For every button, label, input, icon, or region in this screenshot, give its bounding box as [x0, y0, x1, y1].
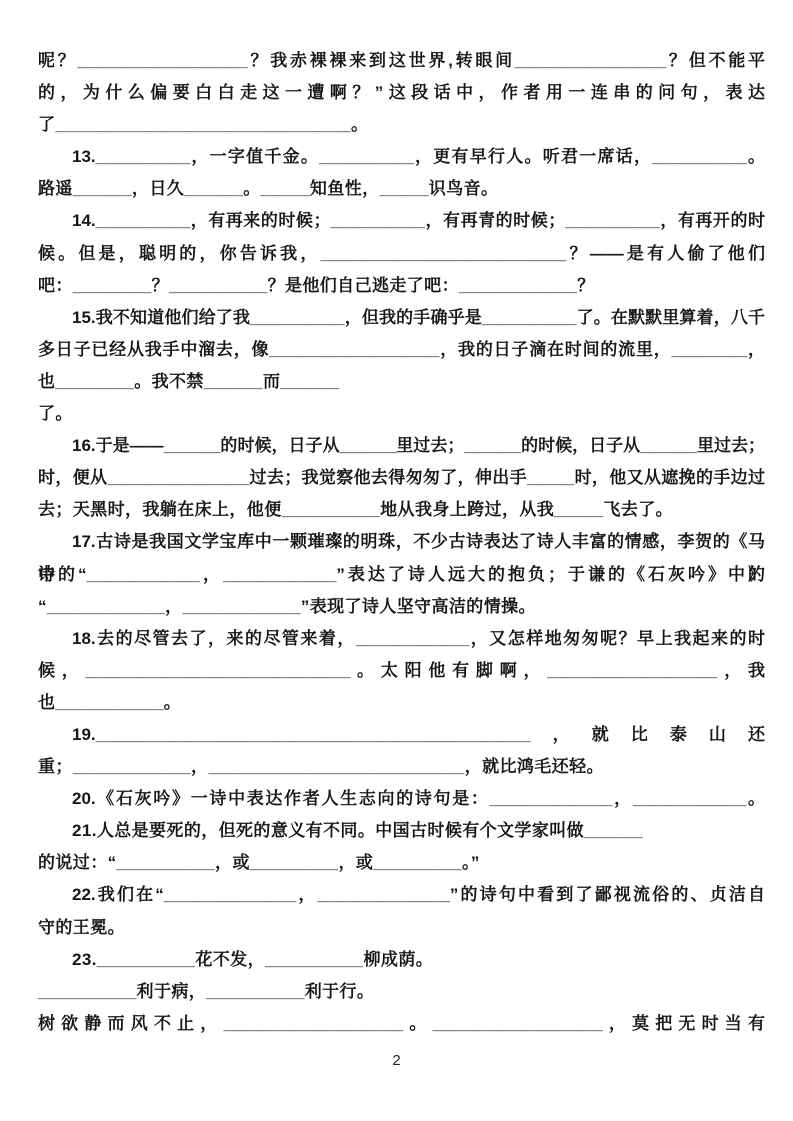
text-line: 时，便从_______________过去；我觉察他去得匆匆了，伸出手_____… — [38, 462, 765, 494]
text-line: 22.我们在“______________，______________”的诗句… — [38, 879, 765, 911]
text-line: 19._____________________________________… — [38, 719, 765, 751]
text-line: 树欲静而风不止，___________________。____________… — [38, 1008, 765, 1040]
page-number: 2 — [0, 1052, 793, 1069]
text-line: 13.__________，一字值千金。__________，更有早行人。听君一… — [38, 141, 765, 173]
text-line: 候。但是，聪明的，你告诉我，__________________________… — [38, 238, 765, 270]
text-line: 的，为什么偏要白白走这一遭啊？”这段话中，作者用一连串的问句，表达 — [38, 77, 765, 109]
text-line: 去；天黑时，我躺在床上，他便__________地从我身上跨过，从我_____飞… — [38, 494, 765, 526]
text-line: 了。 — [38, 398, 765, 430]
text-line: 14.__________，有再来的时候；__________，有再青的时候；_… — [38, 205, 765, 237]
text-line: 吧：________？__________？是他们自己逃走了吧：________… — [38, 270, 765, 302]
text-line: __________利于病，__________利于行。 — [38, 976, 765, 1008]
document-page: 呢？__________________？我赤裸裸来到这世界,转眼间______… — [0, 0, 793, 1121]
text-line: 23.__________花不发，__________柳成荫。 — [38, 944, 765, 976]
text-line: 15.我不知道他们给了我__________，但我的手确乎是__________… — [38, 302, 765, 334]
text-line: 也________。我不禁______而______ — [38, 366, 765, 398]
text-line: “____________，____________”表现了诗人坚守高洁的情操。 — [38, 591, 765, 623]
text-line: 21.人总是要死的，但死的意义有不同。中国古时候有个文学家叫做______ — [38, 815, 765, 847]
text-line: 呢？__________________？我赤裸裸来到这世界,转眼间______… — [38, 45, 765, 77]
text-line: 中的“____________，____________”表达了诗人远大的抱负；… — [38, 559, 765, 591]
text-line: 路遥______，日久______。_____知鱼性，_____识鸟音。 — [38, 173, 765, 205]
text-line: 17.古诗是我国文学宝库中一颗璀璨的明珠，不少古诗表达了诗人丰富的情感，李贺的《… — [38, 526, 765, 558]
text-line: 候，____________________________。太阳他有脚啊，__… — [38, 655, 765, 687]
text-line: 也___________。 — [38, 687, 765, 719]
text-line: 16.于是——______的时候，日子从______里过去；______的时候，… — [38, 430, 765, 462]
text-line: 多日子已经从我手中溜去，像__________________，我的日子滴在时间… — [38, 334, 765, 366]
text-line: 18.去的尽管去了，来的尽管来着，____________，又怎样地匆匆呢？早上… — [38, 623, 765, 655]
text-line: 的说过：“__________，或_________，或_________。” — [38, 847, 765, 879]
text-line: 重；____________，_________________________… — [38, 751, 765, 783]
document-body: 呢？__________________？我赤裸裸来到这世界,转眼间______… — [38, 45, 765, 1040]
text-line: 了______________________________。 — [38, 109, 765, 141]
text-line: 守的王冕。 — [38, 912, 765, 944]
text-line: 20.《石灰吟》一诗中表达作者人生志向的诗句是：_____________，__… — [38, 783, 765, 815]
